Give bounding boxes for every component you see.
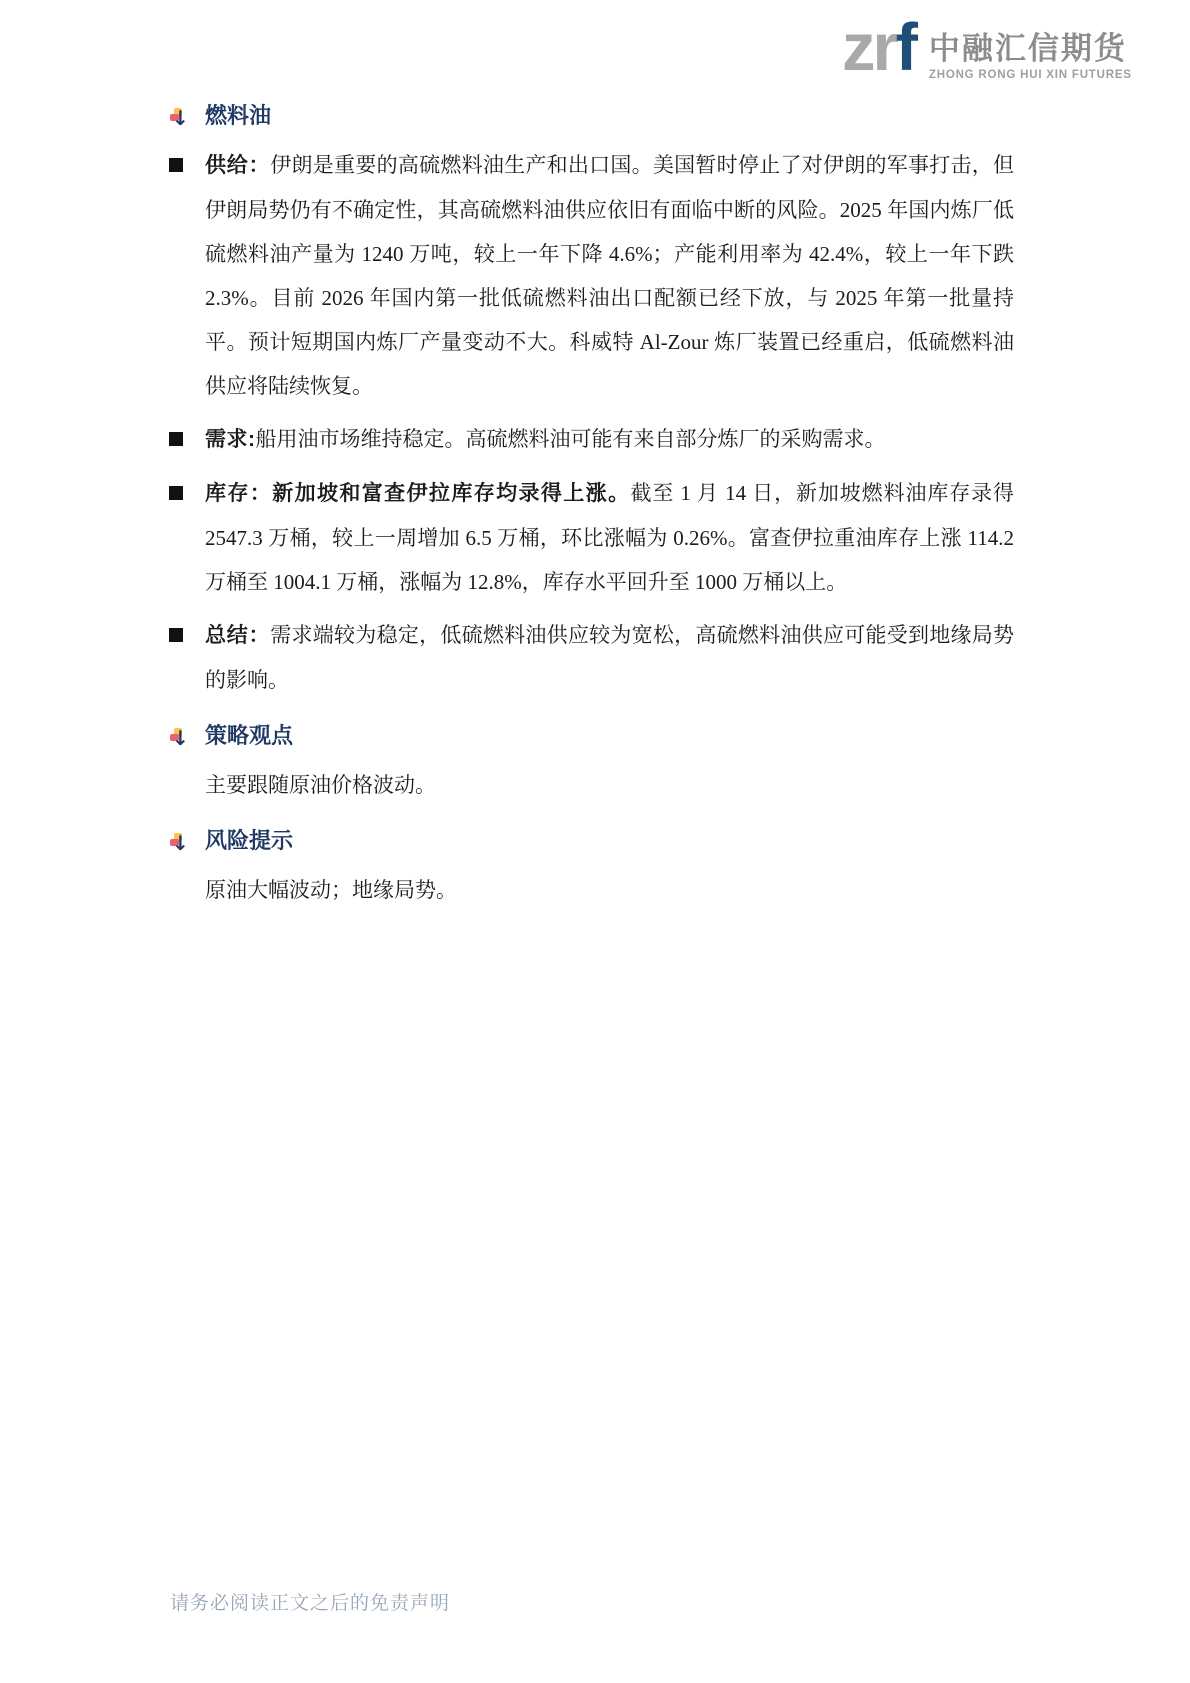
logo-letter-f: f [896,10,915,85]
bullet-label: 库存： [205,482,272,505]
report-body: ↓ 燃料油 供给：伊朗是重要的高硫燃料油生产和出口国。美国暂时停止了对伊朗的军事… [168,98,1014,916]
strategy-text: 主要跟随原油价格波动。 [168,763,1014,807]
section-title: 策略观点 [205,723,293,748]
report-page: zrf 中融汇信期货 ZHONG RONG HUI XIN FUTURES ↓ … [0,0,1190,1683]
section-title: 燃料油 [205,103,271,128]
logo-letters-zr: zr [842,10,896,85]
bullet-demand: 需求:船用油市场维持稳定。高硫燃料油可能有来自部分炼厂的采购需求。 [168,417,1014,462]
bullet-inventory: 库存：新加坡和富查伊拉库存均录得上涨。截至 1 月 14 日，新加坡燃料油库存录… [168,471,1014,604]
company-name-cn: 中融汇信期货 [929,32,1132,66]
bullet-supply: 供给：伊朗是重要的高硫燃料油生产和出口国。美国暂时停止了对伊朗的军事打击，但伊朗… [168,143,1014,408]
square-bullet-icon [169,486,183,500]
square-bullet-icon [169,432,183,446]
logo-names: 中融汇信期货 ZHONG RONG HUI XIN FUTURES [929,18,1132,82]
section-title: 风险提示 [205,828,293,853]
bullet-summary: 总结：需求端较为稳定，低硫燃料油供应较为宽松，高硫燃料油供应可能受到地缘局势的影… [168,613,1014,702]
bullet-label: 需求: [205,428,256,451]
footer-disclaimer: 请务必阅读正文之后的免责声明 [170,1588,450,1615]
risk-text: 原油大幅波动；地缘局势。 [168,868,1014,912]
company-logo: zrf 中融汇信期货 ZHONG RONG HUI XIN FUTURES [842,18,1132,82]
square-bullet-icon [169,628,183,642]
bullet-text: 船用油市场维持稳定。高硫燃料油可能有来自部分炼厂的采购需求。 [256,427,886,451]
logo-monogram: zrf [842,18,915,78]
section-heading-strategy: ↓ 策略观点 [168,718,1014,754]
bullet-label: 供给： [205,154,270,177]
bullet-bold-lead: 新加坡和富查伊拉库存均录得上涨。 [272,482,630,505]
colored-down-arrow-icon: ↓ [170,727,188,745]
bullet-text: 需求端较为稳定，低硫燃料油供应较为宽松，高硫燃料油供应可能受到地缘局势的影响。 [205,623,1014,692]
colored-down-arrow-icon: ↓ [170,832,188,850]
square-bullet-icon [169,158,183,172]
section-heading-risk: ↓ 风险提示 [168,823,1014,859]
company-name-en: ZHONG RONG HUI XIN FUTURES [929,68,1132,82]
bullet-text: 伊朗是重要的高硫燃料油生产和出口国。美国暂时停止了对伊朗的军事打击，但伊朗局势仍… [205,153,1014,398]
bullet-label: 总结： [205,624,270,647]
section-heading-fuel-oil: ↓ 燃料油 [168,98,1014,134]
colored-down-arrow-icon: ↓ [170,107,188,125]
